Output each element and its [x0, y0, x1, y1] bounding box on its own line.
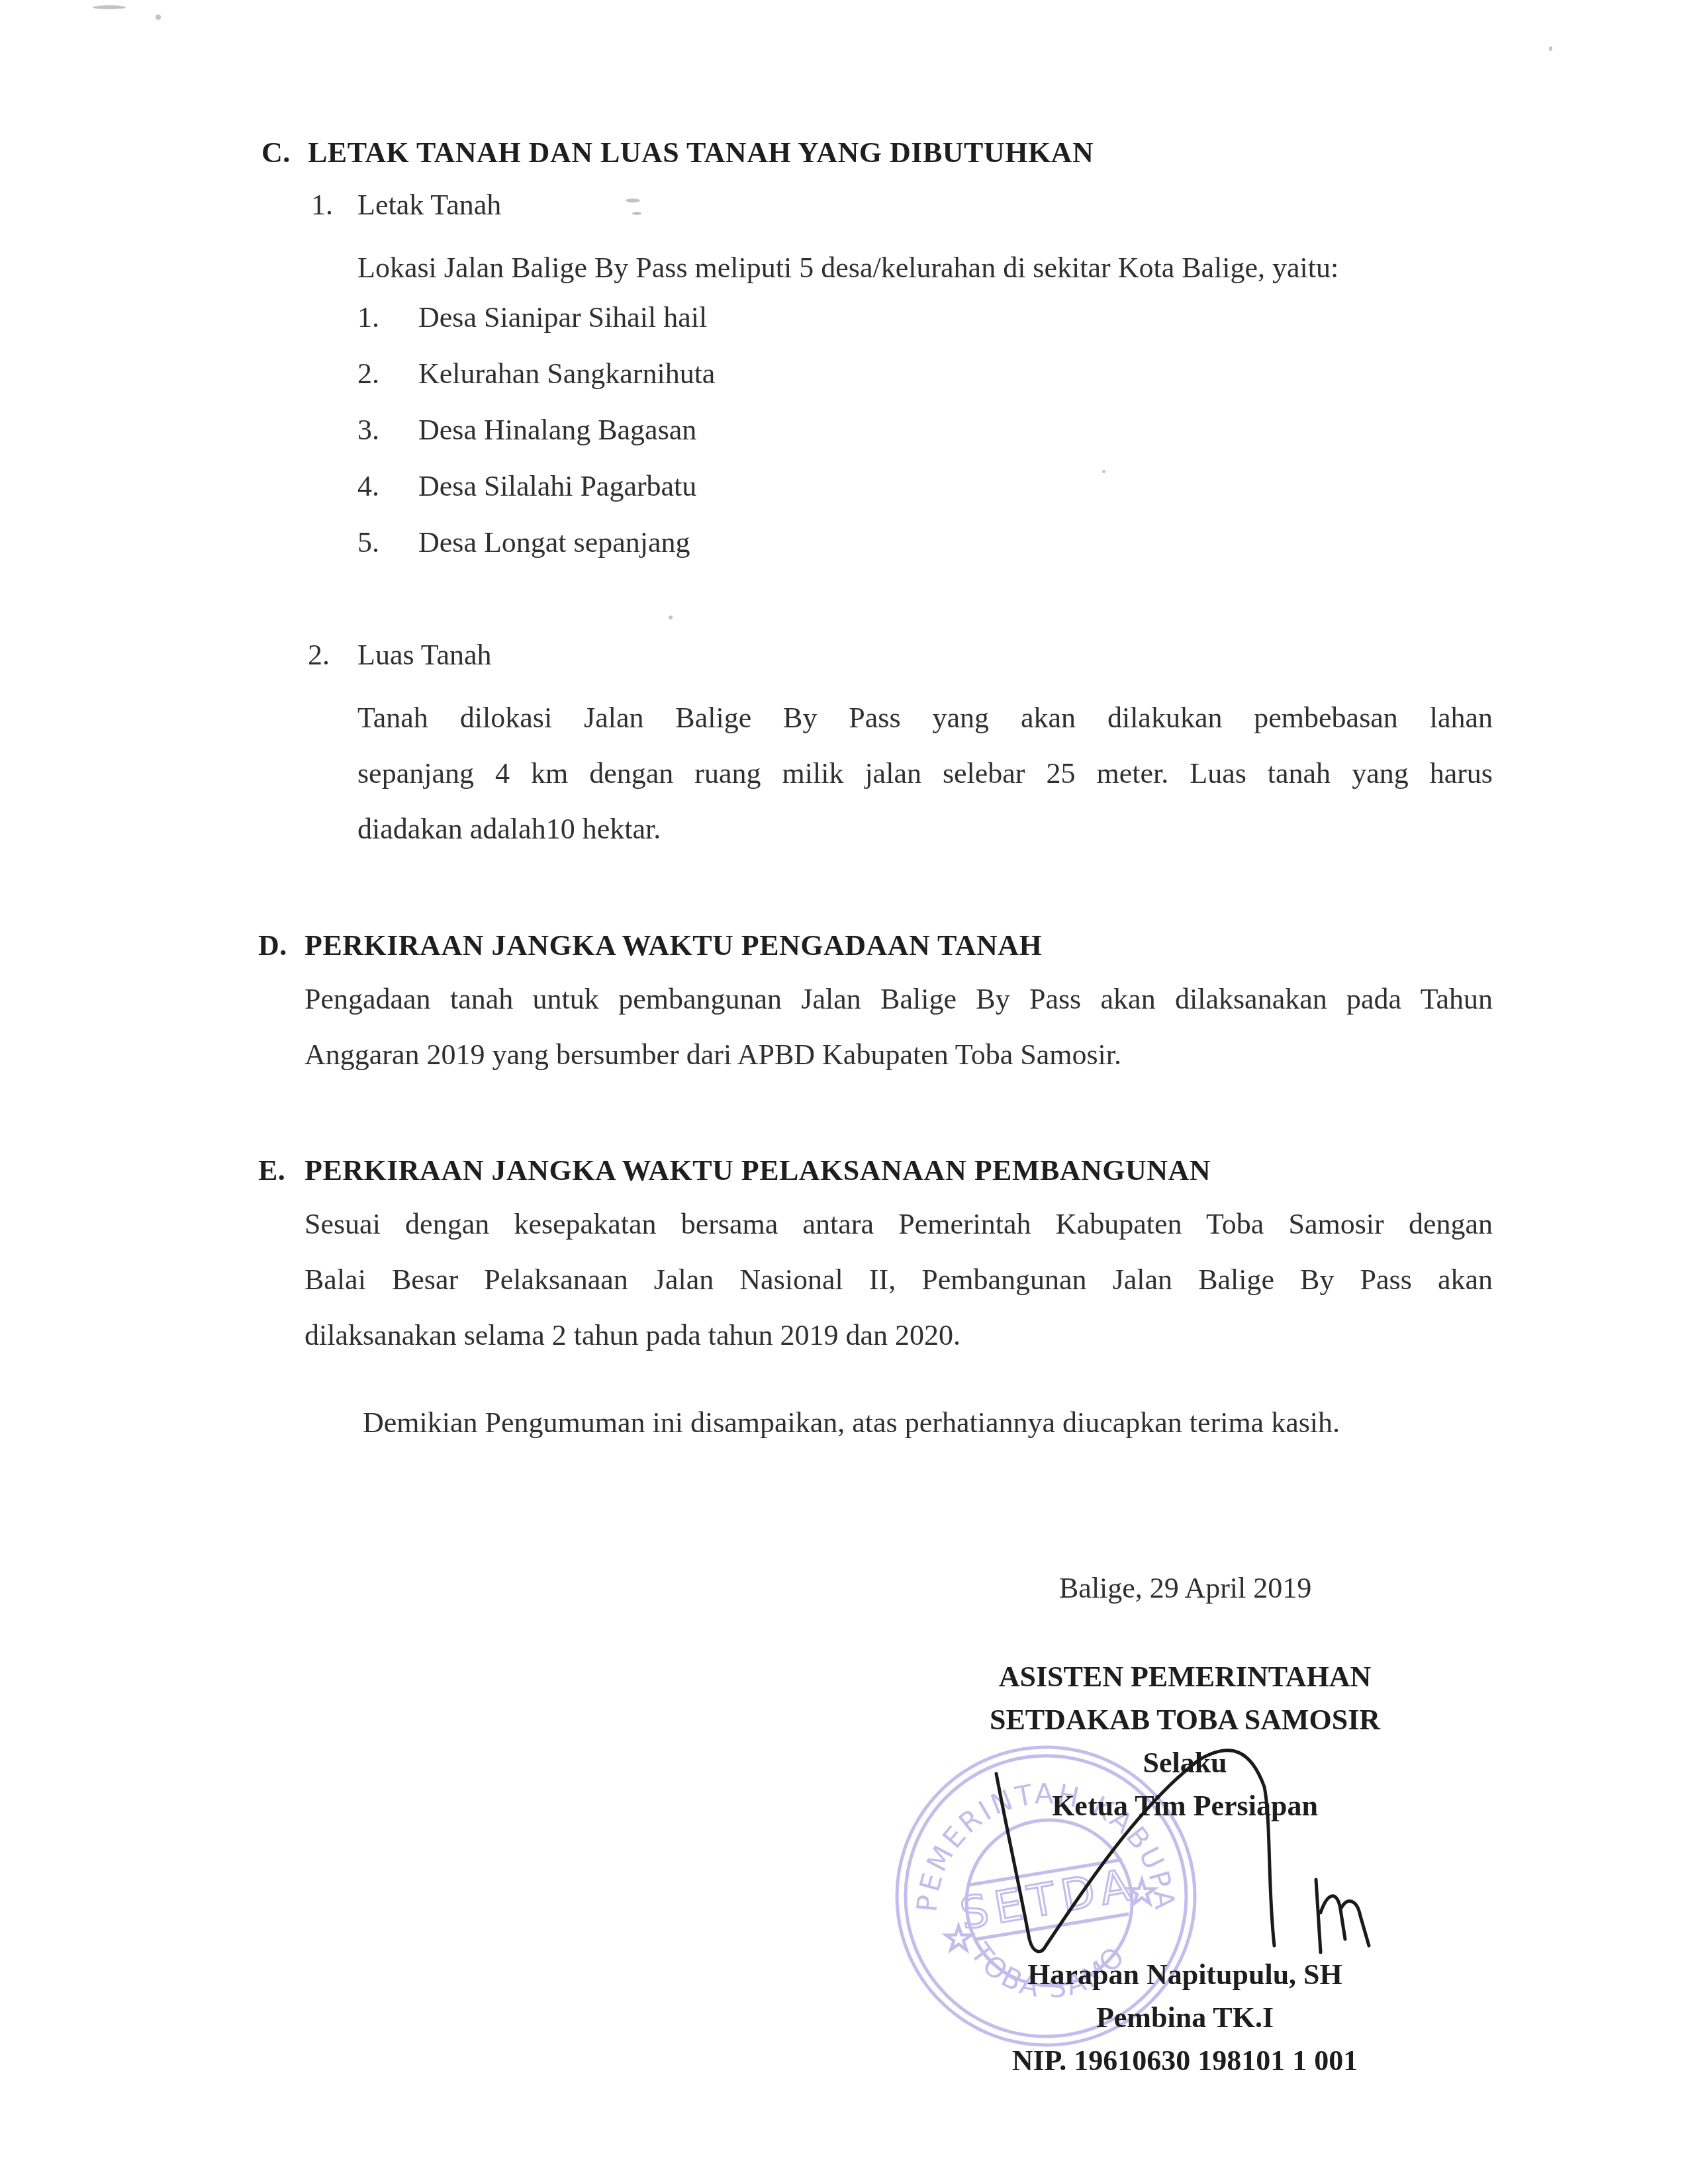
list-item-number: 1.: [357, 303, 418, 332]
list-item: 3.Desa Hinalang Bagasan: [357, 416, 696, 445]
section-e-title: PERKIRAAN JANGKA WAKTU PELAKSANAAN PEMBA…: [305, 1154, 1211, 1187]
list-item: 1.Desa Sianipar Sihail hail: [357, 303, 707, 332]
signatory-rank: Pembina TK.I: [920, 2001, 1450, 2034]
land-procurement-paragraph: Pengadaan tanah untuk pembangunan Jalan …: [305, 972, 1493, 1083]
list-item-number: 4.: [357, 472, 418, 501]
list-item-number: 3.: [357, 416, 418, 445]
scan-artifact: [93, 5, 126, 9]
scan-artifact: [156, 15, 161, 20]
subsection-number: 1.: [311, 191, 357, 220]
signatory-name: Harapan Napitupulu, SH: [920, 1958, 1450, 1991]
list-item-number: 5.: [357, 528, 418, 557]
location-intro: Lokasi Jalan Balige By Pass meliputi 5 d…: [357, 253, 1338, 283]
scan-artifact: [669, 615, 673, 619]
paragraph-line: Pengadaan tanah untuk pembangunan Jalan …: [305, 972, 1493, 1027]
handwritten-signature: [927, 1747, 1430, 1959]
section-d-title: PERKIRAAN JANGKA WAKTU PENGADAAN TANAH: [305, 929, 1042, 962]
paragraph-line: diadakan adalah10 hektar.: [357, 801, 1493, 857]
paragraph-line: Tanah dilokasi Jalan Balige By Pass yang…: [357, 690, 1493, 746]
list-item: 5.Desa Longat sepanjang: [357, 528, 690, 557]
list-item: 4.Desa Silalahi Pagarbatu: [357, 472, 696, 501]
paragraph-line: sepanjang 4 km dengan ruang milik jalan …: [357, 746, 1493, 801]
section-d-heading: D.PERKIRAAN JANGKA WAKTU PENGADAAN TANAH: [258, 929, 1042, 962]
list-item-text: Kelurahan Sangkarnihuta: [418, 357, 715, 390]
subsection-title: Luas Tanah: [357, 639, 492, 671]
list-item-text: Desa Sianipar Sihail hail: [418, 301, 707, 334]
section-e-heading: E.PERKIRAAN JANGKA WAKTU PELAKSANAAN PEM…: [258, 1154, 1211, 1187]
signatory-position-2: SETDAKAB TOBA SAMOSIR: [920, 1703, 1450, 1737]
section-c-letter: C.: [261, 136, 308, 169]
subsection-letak-tanah: 1.Letak Tanah: [311, 191, 501, 220]
paragraph-line: Sesuai dengan kesepakatan bersama antara…: [305, 1197, 1493, 1252]
subsection-luas-tanah: 2.Luas Tanah: [308, 641, 492, 670]
paragraph-line: Balai Besar Pelaksanaan Jalan Nasional I…: [305, 1252, 1493, 1308]
scan-artifact: [626, 199, 640, 203]
closing-statement: Demikian Pengumuman ini disampaikan, ata…: [363, 1408, 1340, 1437]
scan-artifact: [1549, 46, 1552, 51]
section-c-title: LETAK TANAH DAN LUAS TANAH YANG DIBUTUHK…: [308, 136, 1094, 169]
signatory-nip: NIP. 19610630 198101 1 001: [920, 2044, 1450, 2077]
subsection-title: Letak Tanah: [357, 189, 501, 221]
subsection-number: 2.: [308, 641, 357, 670]
construction-paragraph: Sesuai dengan kesepakatan bersama antara…: [305, 1197, 1493, 1363]
list-item: 2.Kelurahan Sangkarnihuta: [357, 359, 715, 388]
section-c-heading: C.LETAK TANAH DAN LUAS TANAH YANG DIBUTU…: [261, 136, 1094, 169]
scan-artifact: [1102, 470, 1105, 473]
list-item-number: 2.: [357, 359, 418, 388]
list-item-text: Desa Silalahi Pagarbatu: [418, 470, 696, 502]
place-date: Balige, 29 April 2019: [1059, 1574, 1311, 1603]
section-d-letter: D.: [258, 929, 305, 962]
paragraph-line: dilaksanakan selama 2 tahun pada tahun 2…: [305, 1308, 1493, 1363]
paragraph-line: Anggaran 2019 yang bersumber dari APBD K…: [305, 1027, 1493, 1083]
signatory-position-1: ASISTEN PEMERINTAHAN: [920, 1660, 1450, 1694]
scan-artifact: [632, 212, 641, 215]
list-item-text: Desa Longat sepanjang: [418, 526, 690, 559]
list-item-text: Desa Hinalang Bagasan: [418, 414, 696, 446]
land-area-paragraph: Tanah dilokasi Jalan Balige By Pass yang…: [357, 690, 1493, 857]
section-e-letter: E.: [258, 1154, 305, 1187]
